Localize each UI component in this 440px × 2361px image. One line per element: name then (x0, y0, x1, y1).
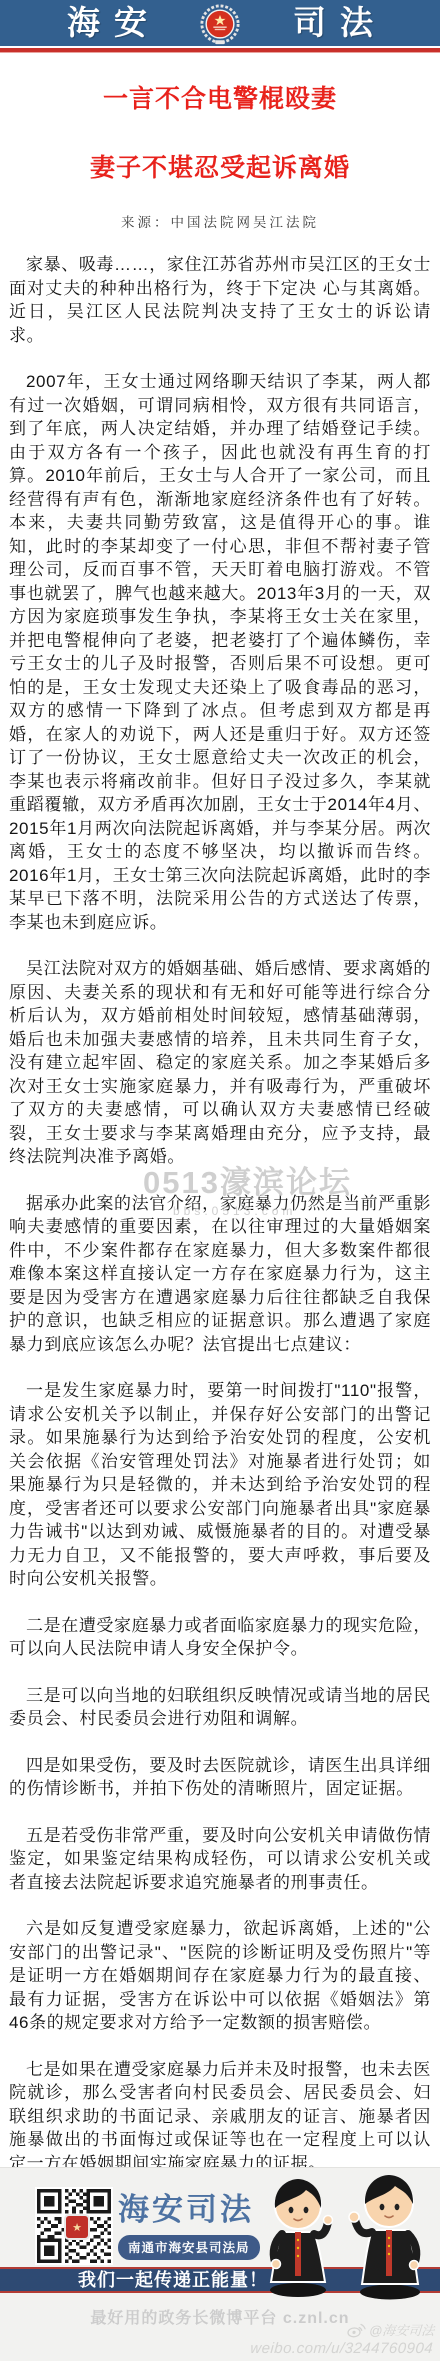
paragraph: 三是可以向当地的妇联组织反映情况或请当地的居民委员会、村民委员会进行劝阻和调解。 (9, 1684, 431, 1731)
article-titles: 一言不合电警棍殴妻 妻子不堪忍受起诉离婚 (0, 53, 440, 184)
paragraph: 五是若受伤非常严重，要及时向公安机关申请做伤情鉴定，如果鉴定结果构成轻伤，可以请… (9, 1824, 431, 1895)
paragraph: 吴江法院对双方的婚姻基础、婚后感情、要求离婚的原因、夫妻关系的现状和有无和好可能… (9, 957, 431, 1169)
footer-bureau-badge: 南通市海安县司法局 (118, 2235, 260, 2260)
mascot-figures (258, 2170, 436, 2302)
source-line: 来源：中国法院网吴江法院 (0, 211, 440, 231)
weibo-handle: @海安司法 (369, 2320, 436, 2339)
paragraph: 四是如果受伤，要及时去医院就诊，请医生出具详细的伤情诊断书，并拍下伤处的清晰照片… (9, 1754, 431, 1801)
weibo-url: weibo.com/u/3244760904 (250, 2340, 434, 2357)
paragraph: 一是发生家庭暴力时，要第一时间拨打"110"报警，请求公安机关予以制止，并保存好… (9, 1379, 431, 1591)
footer-promo: ★ 海安司法 南通市海安县司法局 欢迎扫二维码添加关注 我们一起传递正能量！ (0, 2167, 440, 2361)
qr-code: ★ (35, 2187, 113, 2265)
paragraph: 2007年，王女士通过网络聊天结识了李某，两人都有过一次婚姻，可谓同病相怜，双方… (9, 370, 431, 934)
weibo-icon (346, 2322, 367, 2338)
article-body: 家暴、吸毒……，家住江苏省苏州市吴江区的王女士面对丈夫的种种出格行为，终于下定决… (0, 231, 440, 2316)
weibo-watermark: @海安司法 weibo.com/u/3244760904 (250, 2320, 435, 2357)
national-emblem-icon (199, 4, 241, 46)
paragraph: 七是如果在遭受家庭暴力后并未及时报警，也未去医院就诊，那么受害者向村民委员会、居… (9, 2058, 431, 2176)
paragraph: 据承办此案的法官介绍，家庭暴力仍然是当前严重影响夫妻感情的重要因素，在以往审理过… (9, 1192, 431, 1357)
headline-line-2: 妻子不堪忍受起诉离婚 (0, 148, 440, 184)
masthead-left-title: 海安 (53, 0, 161, 46)
masthead-right-title: 司法 (279, 0, 387, 46)
headline-line-1: 一言不合电警棍殴妻 (0, 79, 440, 115)
qr-center-emblem-icon: ★ (64, 2214, 90, 2240)
paragraph: 六是如反复遭受家庭暴力，欲起诉离婚，上述的"公安部门的出警记录"、"医院的诊断证… (9, 1917, 431, 2035)
weibo-long-post: 海安 司法 一言不合电警棍殴妻 妻子不堪忍受起诉离婚 来源：中国法院网吴江法院 … (0, 0, 440, 2361)
paragraph: 家暴、吸毒……，家住江苏省苏州市吴江区的王女士面对丈夫的种种出格行为，终于下定决… (9, 253, 431, 347)
paragraph: 二是在遭受家庭暴力或者面临家庭暴力的现实危险，可以向人民法院申请人身安全保护令。 (9, 1614, 431, 1661)
masthead: 海安 司法 (0, 0, 440, 46)
